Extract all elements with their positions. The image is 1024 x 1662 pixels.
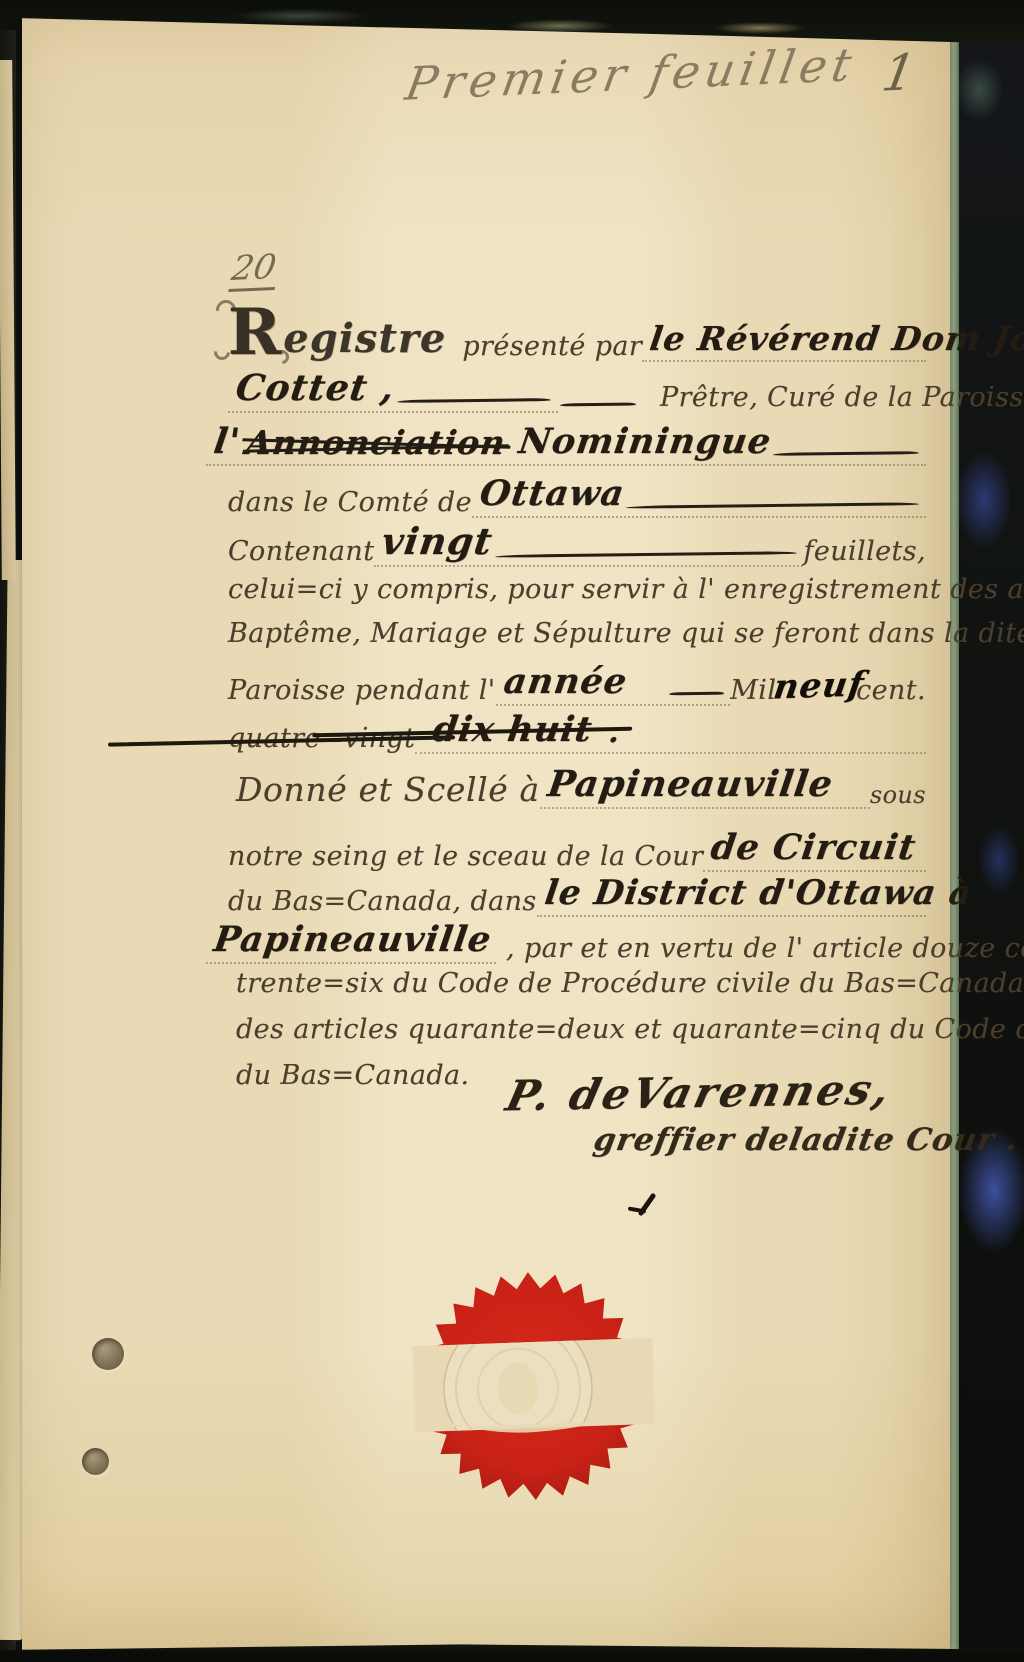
hand-reverend: le Révérend Dom Joseph <box>648 320 1024 358</box>
fill-parish: l' Annonciation Nominingue <box>206 422 926 466</box>
printed-quatrevingt-struck: quatre=vingt <box>228 723 415 754</box>
fill-county: Ottawa <box>472 474 926 518</box>
fill-place: Papineauville <box>540 764 870 809</box>
form-line-body1: celui=ci y compris, pour servir à l' enr… <box>228 574 926 605</box>
ink-rule <box>395 393 553 409</box>
form-line-struck-year: quatre=vingt dix huit . <box>228 710 926 754</box>
printed-feuillets: feuillets, <box>803 536 926 567</box>
hand-parish-struck: Annonciation <box>243 424 508 462</box>
hand-parish-name: Nominingue <box>517 422 775 462</box>
signature-name: P. deVarennes, <box>502 1065 898 1121</box>
hand-dixhuit-struck: dix huit <box>431 710 596 750</box>
ink-rule <box>493 547 799 563</box>
printed-sous: sous <box>870 782 926 810</box>
hand-vingt: vingt <box>379 520 495 563</box>
printed-body2: Baptême, Mariage et Sépulture qui se fer… <box>228 618 1024 649</box>
page-number: 20 <box>232 248 278 291</box>
hand-surname: Cottet , <box>233 368 397 409</box>
header-annotation-text: Premier feuillet <box>402 37 861 110</box>
hand-papineauville: Papineauville <box>545 764 836 805</box>
form-line-county: dans le Comté de Ottawa <box>228 474 926 518</box>
printed-bas-canada-end: du Bas=Canada. <box>236 1060 469 1091</box>
printed-trente-six: trente=six du Code de Procédure civile d… <box>236 968 1024 999</box>
attest-line-3: du Bas=Canada, dans le District d'Ottawa… <box>228 874 926 917</box>
hand-period: . <box>606 716 622 751</box>
printed-paroisse-pendant: Paroisse pendant l' <box>228 675 496 706</box>
printed-pretre-cure: Prêtre, Curé de la Paroisse de <box>660 382 1024 413</box>
hand-neuf: neuf <box>771 666 867 708</box>
folio-number: 1 <box>878 43 920 102</box>
fill-struck-year: dix huit . <box>415 710 926 754</box>
attest-line-6: des articles quarante=deux et quarante=c… <box>236 1014 926 1045</box>
form-line-year: Paroisse pendant l' année Mil neuf cent. <box>228 662 926 706</box>
printed-bas-canada-dans: du Bas=Canada, dans <box>228 886 537 917</box>
ink-dash <box>667 686 726 702</box>
printed-par-vertu: , par et en vertu de l' article douze ce… <box>506 933 1024 964</box>
fill-district: le District d'Ottawa à <box>537 874 926 917</box>
attest-line-1: Donné et Scellé à Papineauville sous <box>236 764 926 809</box>
hand-annee: année <box>501 662 630 702</box>
printed-mil: Mil <box>730 675 776 706</box>
hand-district: le District d'Ottawa à <box>542 874 975 913</box>
attest-line-5: trente=six du Code de Procédure civile d… <box>236 968 926 999</box>
book-cover-right <box>954 0 1024 1662</box>
clerk-title: greffier deladite Cour . <box>594 1122 1018 1158</box>
printed-contenant: Contenant <box>228 536 374 567</box>
hand-de-circuit: de Circuit <box>708 828 918 868</box>
form-line-registre: R egistre présenté par le Révérend Dom J… <box>228 304 926 362</box>
attest-line-2: notre seing et le sceau de la Cour de Ci… <box>228 828 926 872</box>
fill-count: vingt <box>374 520 803 567</box>
form-line-count: Contenant vingt feuillets, <box>228 520 926 567</box>
court-wax-seal <box>410 1260 659 1520</box>
printed-donne-scelle: Donné et Scellé à <box>236 771 540 809</box>
fill-reverend: le Révérend Dom Joseph <box>642 320 926 362</box>
clerk-signature: P. deVarennes, <box>508 1068 891 1117</box>
fill-court: de Circuit <box>703 828 926 872</box>
form-line-surname: Cottet , Prêtre, Curé de la Paroisse de <box>228 368 926 413</box>
registre-word: egistre <box>283 316 446 362</box>
ink-rule <box>624 498 921 514</box>
header-annotation: Premier feuillet 1 <box>408 44 914 102</box>
form-line-body2: Baptême, Mariage et Sépulture qui se fer… <box>228 618 926 649</box>
ink-mark <box>637 1192 656 1216</box>
printed-notre-seing: notre seing et le sceau de la Cour <box>228 841 703 872</box>
printed-articles: des articles quarante=deux et quarante=c… <box>236 1014 1024 1045</box>
hand-county: Ottawa <box>477 474 627 514</box>
register-page: Premier feuillet 1 20 R egistre présenté… <box>22 16 950 1650</box>
signature-role: greffier deladite Cour . <box>591 1122 1022 1158</box>
ink-dash <box>558 397 638 413</box>
printed-presente-par: présenté par <box>462 331 642 362</box>
fill-place2: Papineauville <box>206 920 496 964</box>
printed-comte: dans le Comté de <box>228 487 472 518</box>
attest-line-4: Papineauville , par et en vertu de l' ar… <box>206 920 926 964</box>
ornate-initial: R <box>228 304 281 362</box>
fill-surname: Cottet , <box>228 368 558 413</box>
hand-parish-article: l' <box>211 422 243 462</box>
punched-hole <box>82 1448 109 1475</box>
fill-year: année <box>496 662 731 706</box>
printed-body1: celui=ci y compris, pour servir à l' enr… <box>228 574 1024 605</box>
form-line-parish: l' Annonciation Nominingue <box>206 422 926 466</box>
ink-rule <box>771 446 921 462</box>
printed-cent: cent. <box>856 675 926 706</box>
punched-hole <box>92 1338 124 1370</box>
hand-papineauville2: Papineauville <box>211 920 494 960</box>
